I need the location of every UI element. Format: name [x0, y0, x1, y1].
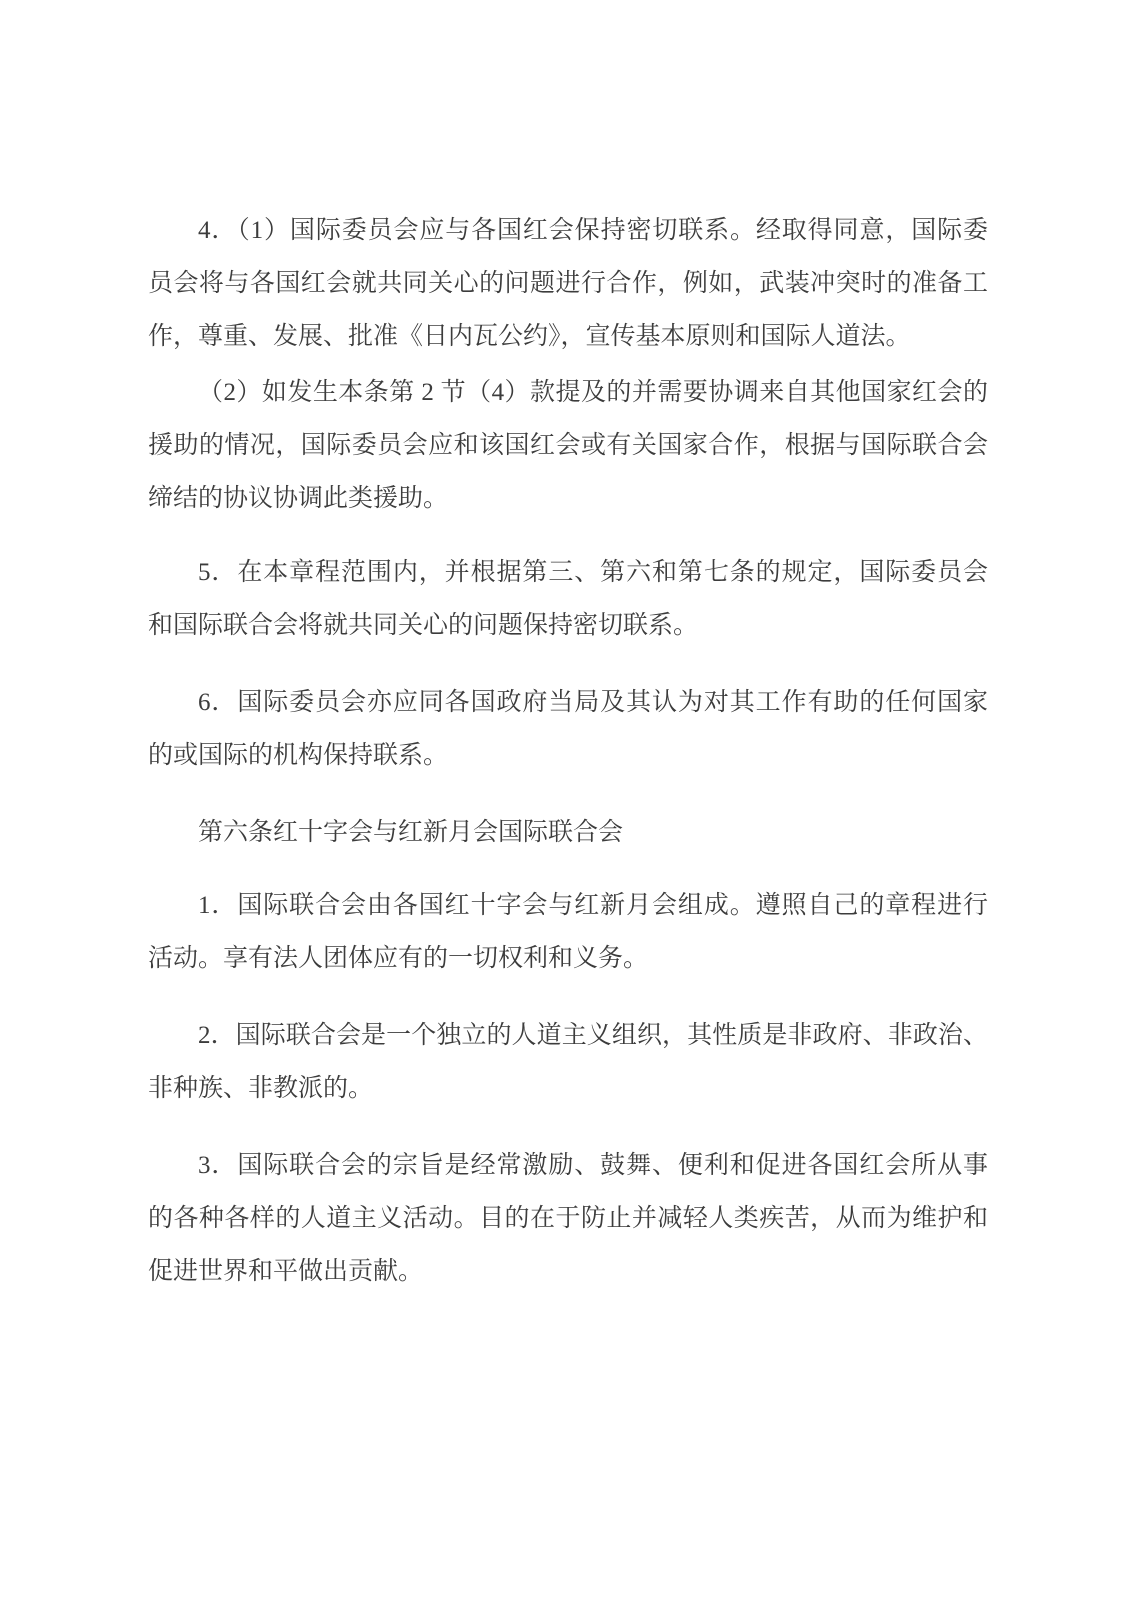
text-line: 缔结的协议协调此类援助。: [148, 472, 988, 525]
text-line: 的或国际的机构保持联系。: [148, 729, 988, 782]
text-line: 促进世界和平做出贡献。: [148, 1245, 988, 1298]
text-line: 作，尊重、发展、批准《日内瓦公约》，宣传基本原则和国际人道法。: [148, 310, 988, 363]
article-6-clause-1: 1．国际联合会由各国红十字会与红新月会组成。遵照自己的章程进行 活动。享有法人团…: [148, 879, 988, 985]
article-6-clause-2: 2．国际联合会是一个独立的人道主义组织，其性质是非政府、非政治、 非种族、非教派…: [148, 1009, 988, 1115]
text-line: 1．国际联合会由各国红十字会与红新月会组成。遵照自己的章程进行: [148, 879, 988, 932]
article-6-heading: 第六条红十字会与红新月会国际联合会: [148, 806, 988, 859]
text-line: 4．（1）国际委员会应与各国红会保持密切联系。经取得同意，国际委: [148, 204, 988, 257]
text-line: 非种族、非教派的。: [148, 1062, 988, 1115]
text-line: 员会将与各国红会就共同关心的问题进行合作，例如，武装冲突时的准备工: [148, 257, 988, 310]
clause-5: 5．在本章程范围内，并根据第三、第六和第七条的规定，国际委员会 和国际联合会将就…: [148, 546, 988, 652]
clause-6: 6．国际委员会亦应同各国政府当局及其认为对其工作有助的任何国家 的或国际的机构保…: [148, 676, 988, 782]
text-line: 活动。享有法人团体应有的一切权利和义务。: [148, 932, 988, 985]
document-page: 4．（1）国际委员会应与各国红会保持密切联系。经取得同意，国际委 员会将与各国红…: [0, 0, 1131, 1600]
text-line: 和国际联合会将就共同关心的问题保持密切联系。: [148, 599, 988, 652]
clause-4-item-1: 4．（1）国际委员会应与各国红会保持密切联系。经取得同意，国际委 员会将与各国红…: [148, 204, 988, 363]
heading-line: 第六条红十字会与红新月会国际联合会: [148, 806, 988, 859]
article-6-clause-3: 3．国际联合会的宗旨是经常激励、鼓舞、便利和促进各国红会所从事 的各种各样的人道…: [148, 1139, 988, 1298]
text-line: 5．在本章程范围内，并根据第三、第六和第七条的规定，国际委员会: [148, 546, 988, 599]
text-line: （2）如发生本条第 2 节（4）款提及的并需要协调来自其他国家红会的: [148, 366, 988, 419]
text-line: 3．国际联合会的宗旨是经常激励、鼓舞、便利和促进各国红会所从事: [148, 1139, 988, 1192]
text-line: 援助的情况，国际委员会应和该国红会或有关国家合作，根据与国际联合会: [148, 419, 988, 472]
text-line: 2．国际联合会是一个独立的人道主义组织，其性质是非政府、非政治、: [148, 1009, 988, 1062]
clause-4-item-2: （2）如发生本条第 2 节（4）款提及的并需要协调来自其他国家红会的 援助的情况…: [148, 366, 988, 525]
text-line: 6．国际委员会亦应同各国政府当局及其认为对其工作有助的任何国家: [148, 676, 988, 729]
text-line: 的各种各样的人道主义活动。目的在于防止并减轻人类疾苦，从而为维护和: [148, 1192, 988, 1245]
